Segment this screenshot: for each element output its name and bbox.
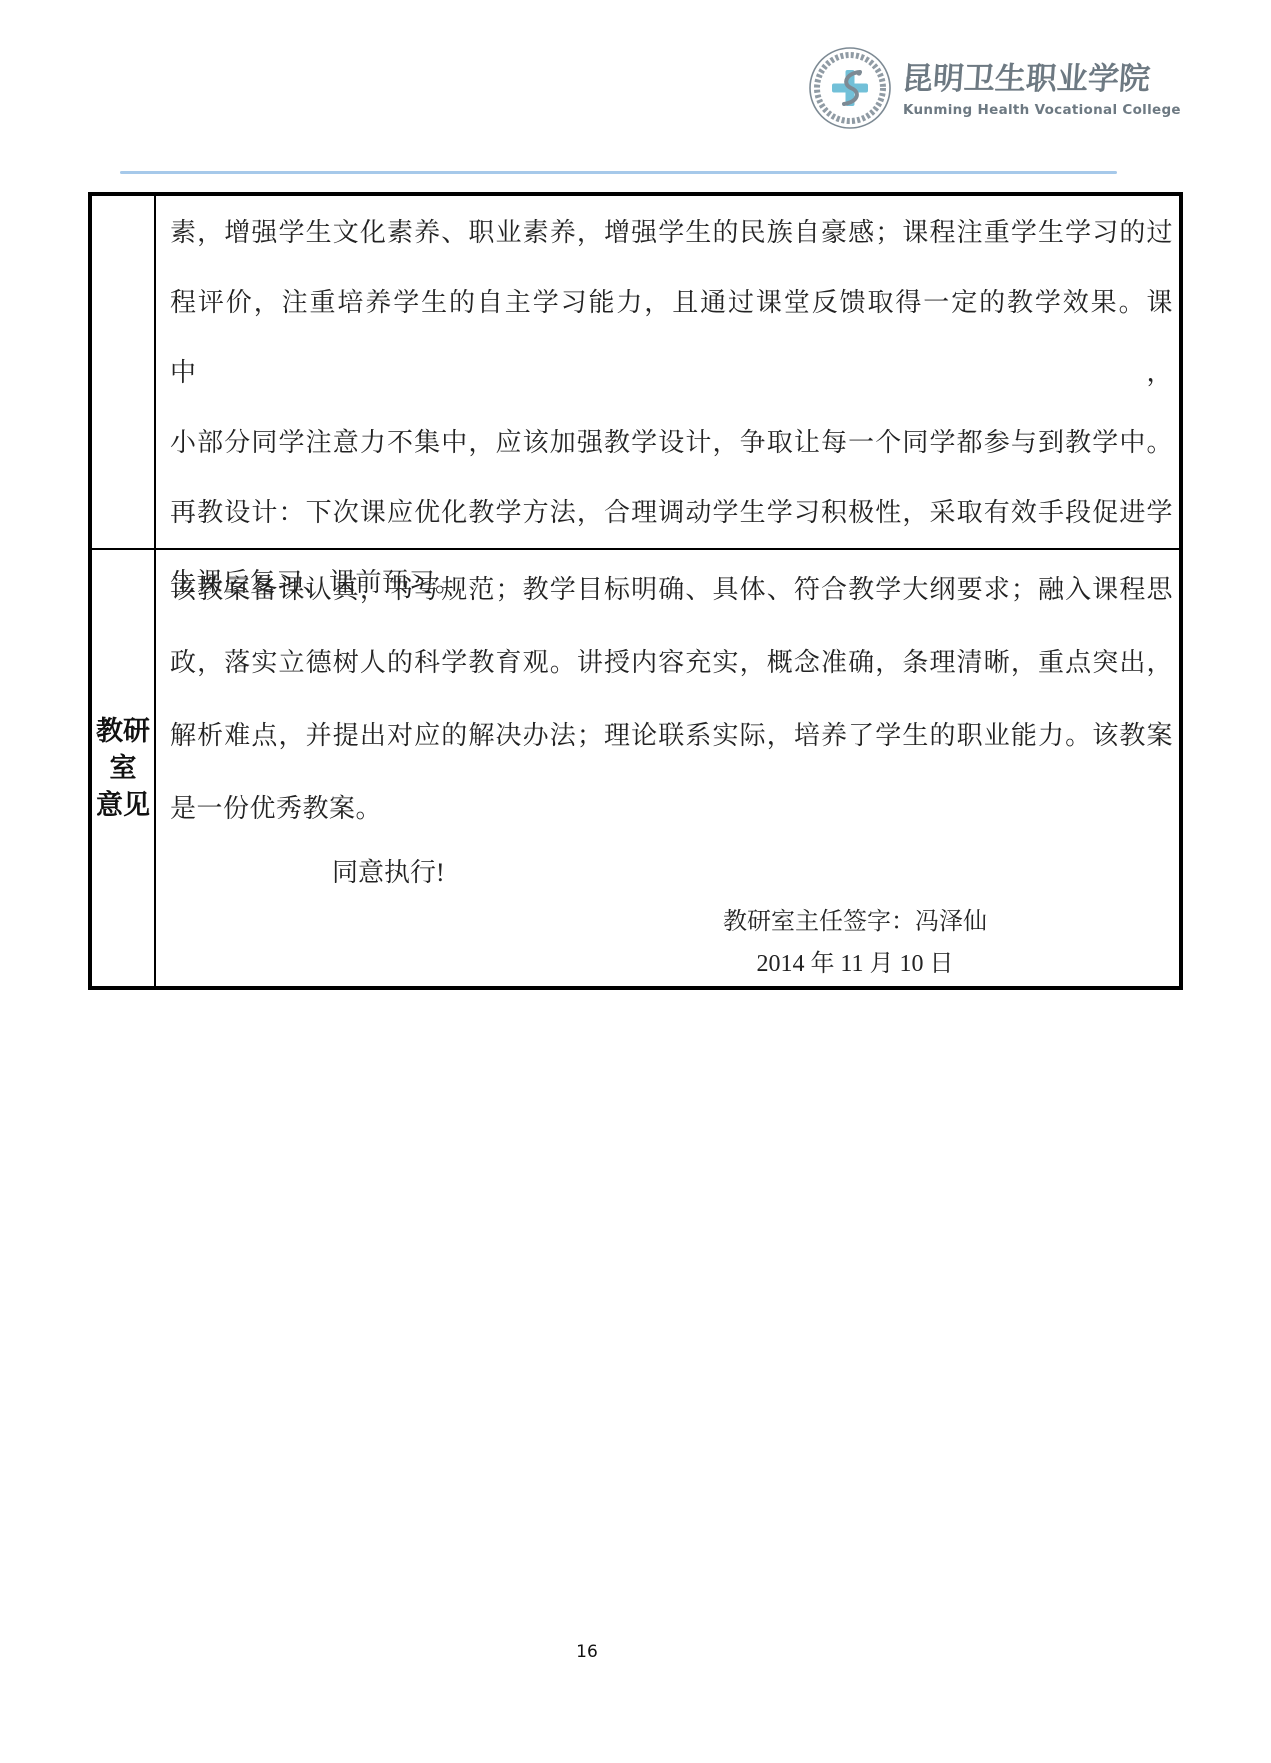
opinion-line: 政，落实立德树人的科学教育观。讲授内容充实，概念准确，条理清晰，重点突出， bbox=[170, 626, 1173, 699]
label-line: 室 bbox=[110, 750, 137, 787]
lesson-plan-evaluation-table: 素，增强学生文化素养、职业素养，增强学生的民族自豪感；课程注重学生学习的过 程评… bbox=[88, 192, 1183, 990]
teaching-research-office-label: 教研 室 意见 bbox=[92, 550, 156, 986]
header-divider-line bbox=[120, 171, 1117, 174]
office-opinion-cell: 该教案备课认真，书写规范；教学目标明确、具体、符合教学大纲要求；融入课程思 政，… bbox=[156, 550, 1179, 986]
director-signature: 教研室主任签字：冯泽仙 bbox=[723, 901, 987, 943]
opinion-line: 是一份优秀教案。 bbox=[170, 772, 1173, 845]
row1-label-cell-empty bbox=[92, 196, 156, 550]
label-line: 意见 bbox=[96, 787, 150, 824]
reflection-line: 素，增强学生文化素养、职业素养，增强学生的民族自豪感；课程注重学生学习的过 bbox=[170, 198, 1173, 268]
college-seal-icon bbox=[808, 46, 892, 130]
college-name-english: Kunming Health Vocational College bbox=[903, 102, 1181, 118]
document-page: 昆明卫生职业学院 Kunming Health Vocational Colle… bbox=[0, 0, 1271, 1763]
signature-date: 2014 年 11 月 10 日 bbox=[723, 943, 987, 985]
reflection-line: 再教设计：下次课应优化教学方法，合理调动学生学习积极性，采取有效手段促进学 bbox=[170, 478, 1173, 548]
teacher-reflection-cell: 素，增强学生文化素养、职业素养，增强学生的民族自豪感；课程注重学生学习的过 程评… bbox=[156, 196, 1179, 550]
label-line: 教研 bbox=[96, 713, 150, 750]
college-logo: 昆明卫生职业学院 Kunming Health Vocational Colle… bbox=[808, 46, 1188, 136]
opinion-line: 解析难点，并提出对应的解决办法；理论联系实际，培养了学生的职业能力。该教案 bbox=[170, 699, 1173, 772]
reflection-line: 程评价，注重培养学生的自主学习能力，且通过课堂反馈取得一定的教学效果。课中， bbox=[170, 268, 1173, 408]
page-number: 16 bbox=[552, 1642, 622, 1662]
reflection-line: 小部分同学注意力不集中，应该加强教学设计，争取让每一个同学都参与到教学中。 bbox=[170, 408, 1173, 478]
college-name-chinese: 昆明卫生职业学院 bbox=[900, 56, 1151, 102]
approval-statement: 同意执行! bbox=[170, 845, 1173, 901]
signature-block: 教研室主任签字：冯泽仙 2014 年 11 月 10 日 bbox=[723, 901, 987, 985]
opinion-line: 该教案备课认真，书写规范；教学目标明确、具体、符合教学大纲要求；融入课程思 bbox=[170, 553, 1173, 626]
